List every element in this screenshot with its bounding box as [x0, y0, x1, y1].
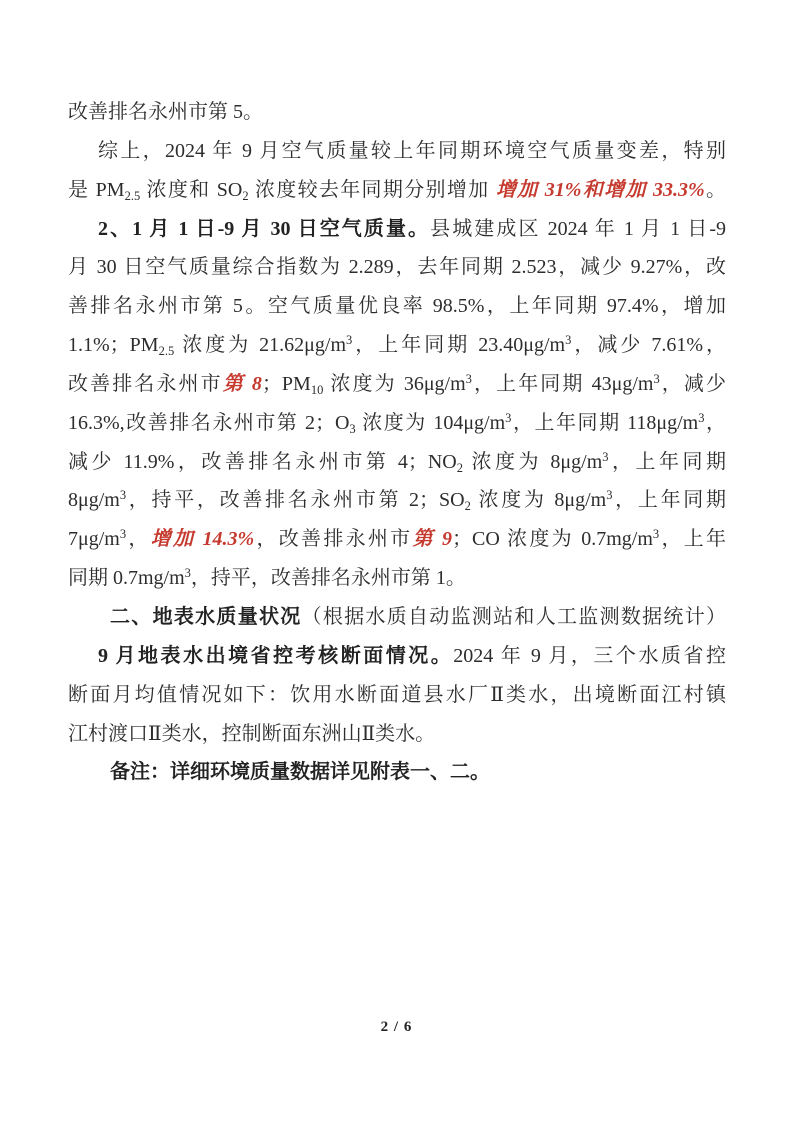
text-segment: ， [704, 412, 726, 434]
text-segment: ，上年同期 [612, 489, 726, 511]
emphasis-red-text: 增加 31%和增加 33.3% [496, 179, 705, 201]
text-segment: 浓度为 36μg/m [323, 373, 465, 395]
text-segment: 浓度为 8μg/m [463, 451, 602, 473]
text-segment: 7μg/m [68, 528, 120, 550]
document-body: 改善排名永州市第 5。综上，2024 年 9 月空气质量较上年同期环境空气质量变… [68, 93, 726, 792]
text-segment: 江村渡口Ⅱ类水，控制断面东洲山Ⅱ类水。 [68, 723, 435, 745]
text-segment: 9 月地表水出境省控考核断面情况。 [98, 645, 453, 667]
text-segment: ；PM [262, 373, 311, 395]
text-line: 减少 11.9%，改善排名永州市第 4；NO2 浓度为 8μg/m3，上年同期 [68, 443, 726, 482]
text-line: 是 PM2.5 浓度和 SO2 浓度较去年同期分别增加 增加 31%和增加 33… [68, 171, 726, 210]
page-footer: 2 / 6 [0, 1018, 793, 1036]
text-line: 江村渡口Ⅱ类水，控制断面东洲山Ⅱ类水。 [68, 715, 726, 754]
text-segment: 改善排名永州市 [68, 373, 223, 395]
text-segment: ，上年同期 118μg/m [511, 412, 698, 434]
text-line: 断面月均值情况如下：饮用水断面道县水厂Ⅱ类水，出境断面江村镇 [68, 676, 726, 715]
text-line: 综上，2024 年 9 月空气质量较上年同期环境空气质量变差，特别 [68, 132, 726, 171]
text-segment: 减少 11.9%，改善排名永州市第 4；NO [68, 451, 457, 473]
text-line: 善排名永州市第 5。空气质量优良率 98.5%，上年同期 97.4%，增加 [68, 287, 726, 326]
text-segment: 二、地表水质量状况 [110, 606, 302, 628]
text-line: 改善排名永州市第 5。 [68, 93, 726, 132]
text-segment: ，改善排永州市 [254, 528, 412, 550]
text-segment: 2024 年 9 月，三个水质省控 [453, 645, 726, 667]
text-segment: ，持平，改善排名永州市第 1。 [191, 567, 466, 589]
page-number: 2 / 6 [381, 1019, 413, 1035]
emphasis-red-text: 增加 14.3% [151, 528, 255, 550]
text-segment: 浓度为 21.62μg/m [174, 334, 346, 356]
text-segment: ，上年同期 43μg/m [472, 373, 654, 395]
text-line: 2、1 月 1 日-9 月 30 日空气质量。县城建成区 2024 年 1 月 … [68, 210, 726, 249]
text-segment: 综上，2024 年 9 月空气质量较上年同期环境空气质量变差，特别 [98, 140, 726, 162]
text-segment: 善排名永州市第 5。空气质量优良率 98.5%，上年同期 97.4%，增加 [68, 295, 726, 317]
text-line: 二、地表水质量状况（根据水质自动监测站和人工监测数据统计） [68, 598, 726, 637]
emphasis-red-text: 第 9 [412, 528, 452, 550]
text-segment: 。 [705, 179, 726, 201]
text-segment: 10 [311, 383, 324, 397]
text-segment: 2.5 [159, 344, 175, 358]
text-segment: ，减少 [660, 373, 726, 395]
text-segment: （根据水质自动监测站和人工监测数据统计） [302, 606, 726, 628]
text-segment: ；CO 浓度为 0.7mg/m [452, 528, 653, 550]
text-line: 16.3%,改善排名永州市第 2；O3 浓度为 104μg/m3，上年同期 11… [68, 404, 726, 443]
text-segment: 改善排名永州市第 5。 [68, 101, 263, 123]
text-line: 8μg/m3，持平，改善排名永州市第 2；SO2 浓度为 8μg/m3，上年同期 [68, 481, 726, 520]
text-line: 月 30 日空气质量综合指数为 2.289，去年同期 2.523，减少 9.27… [68, 248, 726, 287]
text-line: 同期 0.7mg/m3，持平，改善排名永州市第 1。 [68, 559, 726, 598]
text-segment: ，上年 [659, 528, 726, 550]
emphasis-red-text: 第 8 [223, 373, 262, 395]
paragraph-lines: 改善排名永州市第 5。综上，2024 年 9 月空气质量较上年同期环境空气质量变… [68, 93, 726, 792]
text-segment: 断面月均值情况如下：饮用水断面道县水厂Ⅱ类水，出境断面江村镇 [68, 684, 726, 706]
text-segment: 1.1%；PM [68, 334, 159, 356]
text-segment: ，持平，改善排名永州市第 2；SO [126, 489, 464, 511]
text-segment: 县城建成区 2024 年 1 月 1 日-9 [430, 218, 726, 240]
text-segment: 浓度为 8μg/m [471, 489, 606, 511]
text-segment: 浓度较去年同期分别增加 [249, 179, 496, 201]
text-segment: 2、1 月 1 日-9 月 30 日空气质量。 [98, 218, 430, 240]
text-segment: 浓度为 104μg/m [356, 412, 506, 434]
text-segment: 备注：详细环境质量数据详见附表一、二。 [110, 761, 490, 783]
text-segment: 2.5 [125, 189, 141, 203]
text-line: 1.1%；PM2.5 浓度为 21.62μg/m3，上年同期 23.40μg/m… [68, 326, 726, 365]
text-segment: 浓度和 SO [140, 179, 242, 201]
text-segment: 同期 0.7mg/m [68, 567, 185, 589]
document-page: 改善排名永州市第 5。综上，2024 年 9 月空气质量较上年同期环境空气质量变… [0, 0, 793, 1122]
text-segment: ，上年同期 [609, 451, 726, 473]
text-segment: 16.3%,改善排名永州市第 2；O [68, 412, 349, 434]
text-segment: ，减少 7.61%， [571, 334, 726, 356]
text-segment: ， [126, 528, 151, 550]
text-line: 改善排名永州市第 8；PM10 浓度为 36μg/m3，上年同期 43μg/m3… [68, 365, 726, 404]
text-line: 9 月地表水出境省控考核断面情况。2024 年 9 月，三个水质省控 [68, 637, 726, 676]
text-line: 备注：详细环境质量数据详见附表一、二。 [68, 753, 726, 792]
text-segment: 月 30 日空气质量综合指数为 2.289，去年同期 2.523，减少 9.27… [68, 256, 726, 278]
text-segment: 8μg/m [68, 489, 120, 511]
text-segment: ，上年同期 23.40μg/m [352, 334, 565, 356]
text-segment: 是 PM [68, 179, 125, 201]
text-line: 7μg/m3，增加 14.3%，改善排永州市第 9；CO 浓度为 0.7mg/m… [68, 520, 726, 559]
